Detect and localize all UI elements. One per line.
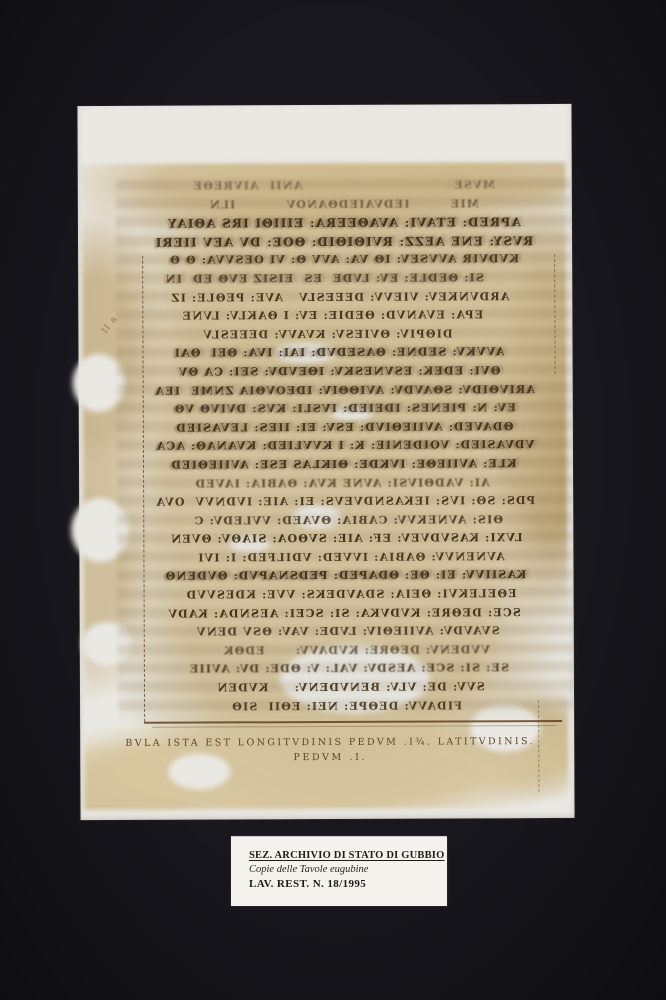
manuscript-text-line: AI: VADΘIVSI: AVNE KVA: ΘABIA: IAVED [121, 473, 563, 494]
manuscript-text-line: SE: SI: SCE: AESDV: VAL: V: ΘDE: DV: AVI… [134, 659, 564, 679]
manuscript-text-line: KVDVIR AVVSEV: IΘ VA: AVV Θ: VI OESVVA: … [126, 250, 562, 270]
manuscript-text-line: APRED: ETAVI: AVAΘEERA: EIIIΘI IRS AΘIAY [126, 213, 562, 233]
manuscript-text-line: MIE IEDVAIEDΘANOV ILN [126, 195, 562, 215]
manuscript-text-line: VDVASIED: VOIDENIE: K: I KVVLIED: KVANAΘ… [127, 436, 563, 456]
archive-label-text: SEZ. ARCHIVIO DI STATO DI GUBBIO Copie d… [231, 837, 447, 890]
caption-line-1: BVLA ISTA EST LONGITVDINIS PEDVM .I¾. LA… [120, 736, 540, 749]
manuscript-text-line: FIDAVV: DEΘPE: NEI: EΘII SIΘ [129, 697, 564, 717]
manuscript-text-line: EV: N: PIENES: IDEIED: IVSLI: KVS: DVIVΘ… [127, 399, 563, 419]
manuscript-text-line: SCE: DEΘRE: KVDVKA: SI: SCEI: AESNDA: KA… [125, 604, 564, 625]
manuscript-text-line: DIΘPIV: ΘVIESV: KVAVV: DEEESLV [92, 325, 562, 346]
manuscript-text-line: ΘIS: AVNEKVV: CABIA: ΘVAED: VVLEDV: C [133, 511, 563, 531]
archive-label: SEZ. ARCHIVIO DI STATO DI GUBBIO Copie d… [231, 836, 447, 906]
manuscript-caption: BVLA ISTA EST LONGITVDINIS PEDVM .I¾. LA… [120, 736, 540, 764]
archive-label-number: LAV. REST. N. 18/1995 [249, 878, 447, 890]
archive-label-subtitle: Copie delle Tavole eugubine [249, 864, 447, 875]
manuscript-text-line: MVSE ANII AIVREΘE [126, 176, 562, 196]
manuscript-text-line: SVAVDV: AVIIEΘIV: LVDE: VAV: ΘSV DENV [132, 622, 564, 642]
manuscript-text-line: EΘELEKVI: ΘEIA: SDAVDEKS: VVE: KDESVVD [139, 585, 564, 605]
manuscript-text-line: LVXI: KASVDVEV: EF: AIE: SVΘOA: SIAΘV: Θ… [129, 529, 563, 549]
manuscript-text-block: MVSE ANII AIVREΘEMIE IEDVAIEDΘANOV ILNAP… [126, 176, 564, 717]
manuscript-text-line: KLE: AVIIEΘE: IVKDE: ΘIKLAS ESE: AVIIEΘI… [124, 455, 563, 476]
manuscript-text-line: SVV: DE: VLV: BENVDENV: KVDEN [137, 678, 564, 698]
manuscript-text-line: SI: ΘEDLE: EV: LVDE ES EISIZ EVΘ ED IN [86, 269, 562, 290]
archive-label-title: SEZ. ARCHIVIO DI STATO DI GUBBIO [249, 850, 447, 861]
manuscript-text-line: KASIIVV: EI: ΘE: ΘDAPED: PEDSNAPVD: ΘVDE… [127, 566, 563, 586]
manuscript-text-line: ΘDAVED: AVIIEΘIVD: ESV: EI: IIES: LEVASI… [126, 418, 563, 439]
manuscript-page: MVSE ANII AIVREΘEMIE IEDVAIEDΘANOV ILNAP… [77, 104, 574, 820]
caption-line-2: PEDVM .I. [120, 751, 540, 764]
manuscript-text-line: AVVKV: SEDNE: ΘASEDVD: IAI: IVA: ΘEI ΘAI [115, 343, 562, 364]
manuscript-text-line: ARIVΘIDV: SΘAVDV: AVIΘΘIV: IDEOVΘIA ZNME… [127, 380, 563, 400]
manuscript-text-line: ARDVNKEV: VIEVV: DEEESLV AVE: PEΘLE: IZ [117, 288, 562, 309]
manuscript-text-line: AVNENVV: ΘABIA: IVVED: VDILFED: I: IVI [138, 548, 563, 568]
manuscript-text-line: RVSY: ENE AEZZ: RVIΘIΘID: ΘOE: DV AEV II… [126, 232, 562, 252]
manuscript-text-line: ΘVI: EDEK: ESVNESKV: IΘEVDV: SEI: CA ΘV [116, 362, 563, 383]
manuscript-text-line: PDS: SΘ: IVS: IEKASNDVEVS: EI: AIE: IVDN… [127, 492, 563, 512]
manuscript-text-line: EPA: EVANVD: ΘEDIE: EV: I ΘAKLV: LVNE [102, 306, 562, 327]
manuscript-text-line: VVDENV: DEΘRE: KVDAVV: EDΘK [149, 641, 564, 661]
